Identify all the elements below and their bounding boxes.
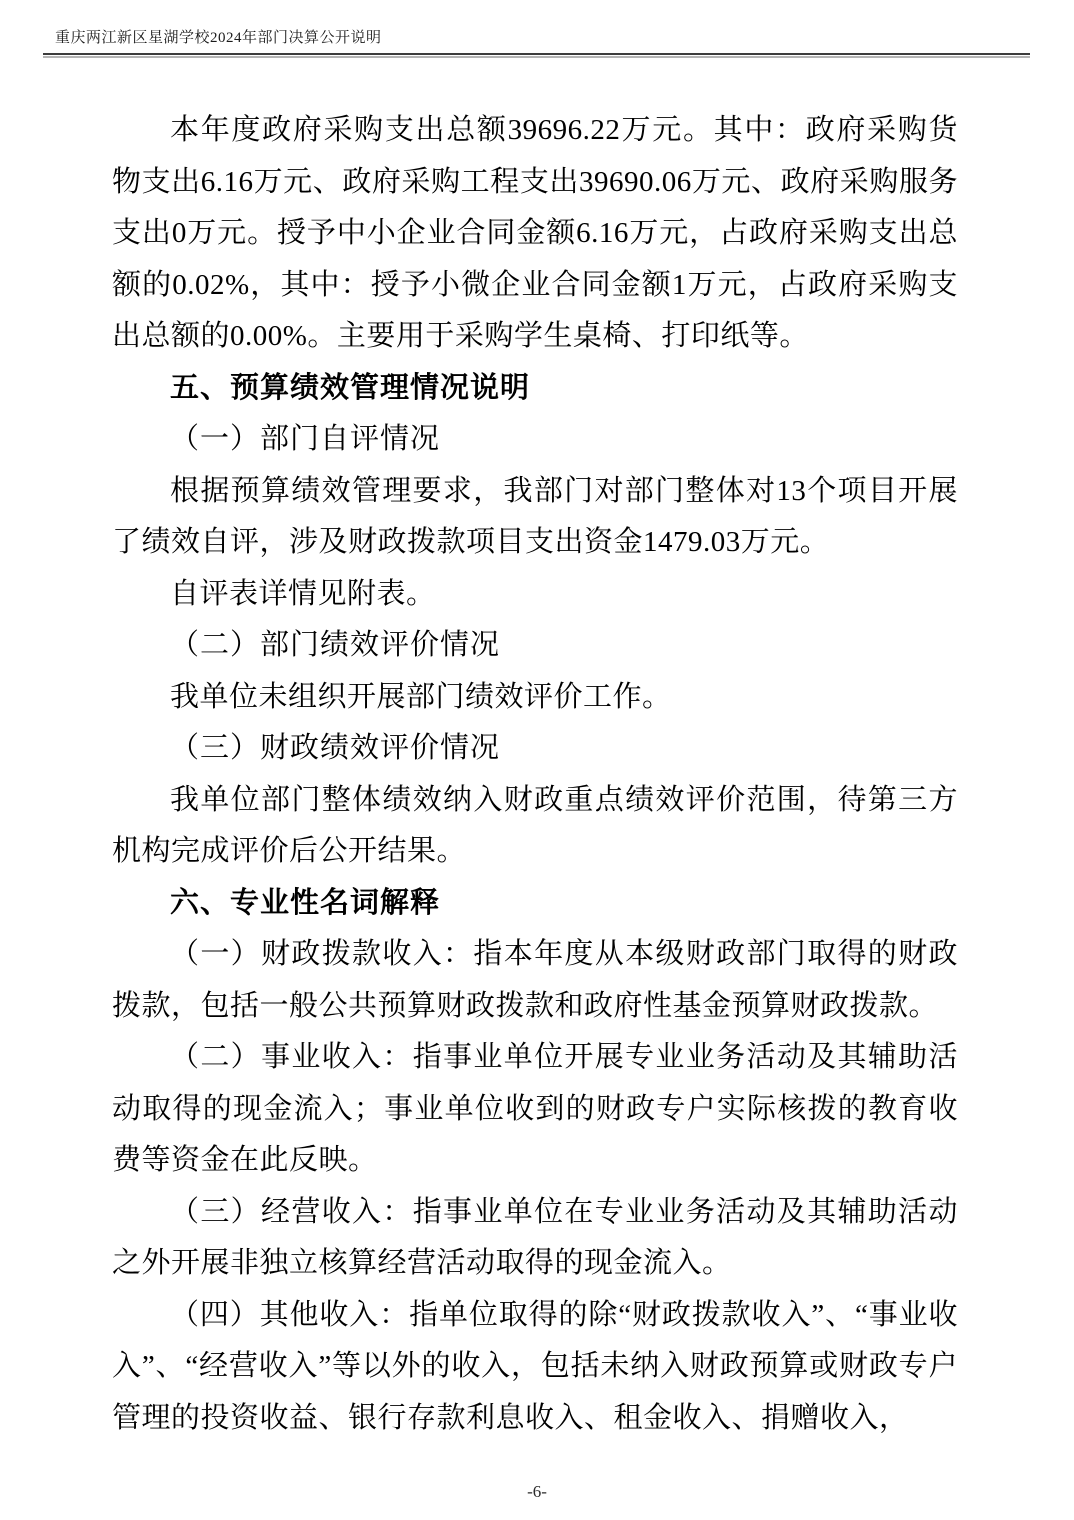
- paragraph-term-operational-income: （二）事业收入：指事业单位开展专业业务活动及其辅助活动取得的现金流入；事业单位收…: [112, 1032, 958, 1187]
- section-5-sub-2-heading: （二）部门绩效评价情况: [112, 620, 958, 672]
- paragraph-self-evaluation-table-note: 自评表详情见附表。: [112, 569, 958, 621]
- paragraph-self-evaluation: 根据预算绩效管理要求，我部门对部门整体对13个项目开展了绩效自评，涉及财政拨款项…: [112, 466, 958, 569]
- page-footer: -6-: [0, 1482, 1074, 1502]
- page-header: 重庆两江新区星湖学校2024年部门决算公开说明: [43, 28, 1030, 55]
- section-6-heading: 六、专业性名词解释: [112, 878, 958, 930]
- document-body: 本年度政府采购支出总额39696.22万元。其中：政府采购货物支出6.16万元、…: [112, 105, 958, 1444]
- paragraph-department-evaluation: 我单位未组织开展部门绩效评价工作。: [112, 672, 958, 724]
- section-5-sub-3-heading: （三）财政绩效评价情况: [112, 723, 958, 775]
- header-title: 重庆两江新区星湖学校2024年部门决算公开说明: [55, 28, 1030, 48]
- paragraph-fiscal-evaluation: 我单位部门整体绩效纳入财政重点绩效评价范围，待第三方机构完成评价后公开结果。: [112, 775, 958, 878]
- section-5-sub-1-heading: （一）部门自评情况: [112, 414, 958, 466]
- header-divider: [43, 53, 1030, 55]
- document-page: 重庆两江新区星湖学校2024年部门决算公开说明 本年度政府采购支出总额39696…: [0, 0, 1074, 1520]
- paragraph-government-procurement: 本年度政府采购支出总额39696.22万元。其中：政府采购货物支出6.16万元、…: [112, 105, 958, 363]
- section-5-heading: 五、预算绩效管理情况说明: [112, 363, 958, 415]
- paragraph-term-fiscal-appropriation-income: （一）财政拨款收入：指本年度从本级财政部门取得的财政拨款，包括一般公共预算财政拨…: [112, 929, 958, 1032]
- paragraph-term-business-income: （三）经营收入：指事业单位在专业业务活动及其辅助活动之外开展非独立核算经营活动取…: [112, 1187, 958, 1290]
- paragraph-term-other-income: （四）其他收入：指单位取得的除“财政拨款收入”、“事业收入”、“经营收入”等以外…: [112, 1290, 958, 1445]
- page-number: -6-: [527, 1482, 547, 1501]
